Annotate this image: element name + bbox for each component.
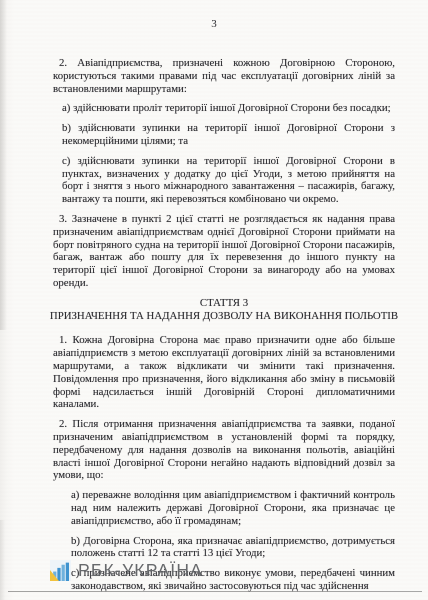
rbc-ukraine-logo-icon	[50, 560, 71, 581]
article-subheading: ПРИЗНАЧЕННЯ ТА НАДАННЯ ДОЗВОЛУ НА ВИКОНА…	[43, 310, 405, 323]
scan-artifact-left-edge-bottom	[0, 520, 5, 600]
list-item-c: c) здійснювати зупинки на території іншо…	[62, 155, 395, 206]
list-item-a2: а) переважне володіння цим авіапідприємс…	[71, 489, 395, 527]
list-item-a: a) здійснювати проліт території іншої До…	[62, 102, 395, 115]
article-heading: СТАТТЯ 3	[53, 297, 395, 310]
scan-artifact-left-edge	[0, 0, 7, 330]
document-content: 2. Авіапідприємства, призначені кожною Д…	[53, 57, 395, 593]
paragraph-art3-1: 1. Кожна Договірна Сторона має право при…	[53, 334, 395, 411]
watermark-text: РБК-УКРАЇНА	[78, 560, 203, 581]
paragraph-art3-2: 2. Після отримання призначення авіапідпр…	[53, 418, 395, 482]
paragraph-2: 2. Авіапідприємства, призначені кожною Д…	[53, 57, 395, 95]
paragraph-3: 3. Зазначене в пункті 2 цієї статті не р…	[53, 213, 395, 290]
bottom-divider	[8, 591, 422, 592]
list-item-b2: b) Договірна Сторона, яка призначає авіа…	[71, 535, 395, 561]
rbc-ukraine-watermark: РБК-УКРАЇНА	[50, 560, 203, 581]
document-page: 3 2. Авіапідприємства, призначені кожною…	[0, 0, 428, 600]
page-number: 3	[0, 0, 428, 31]
list-item-b: b) здійснювати зупинки на території іншо…	[62, 122, 395, 148]
